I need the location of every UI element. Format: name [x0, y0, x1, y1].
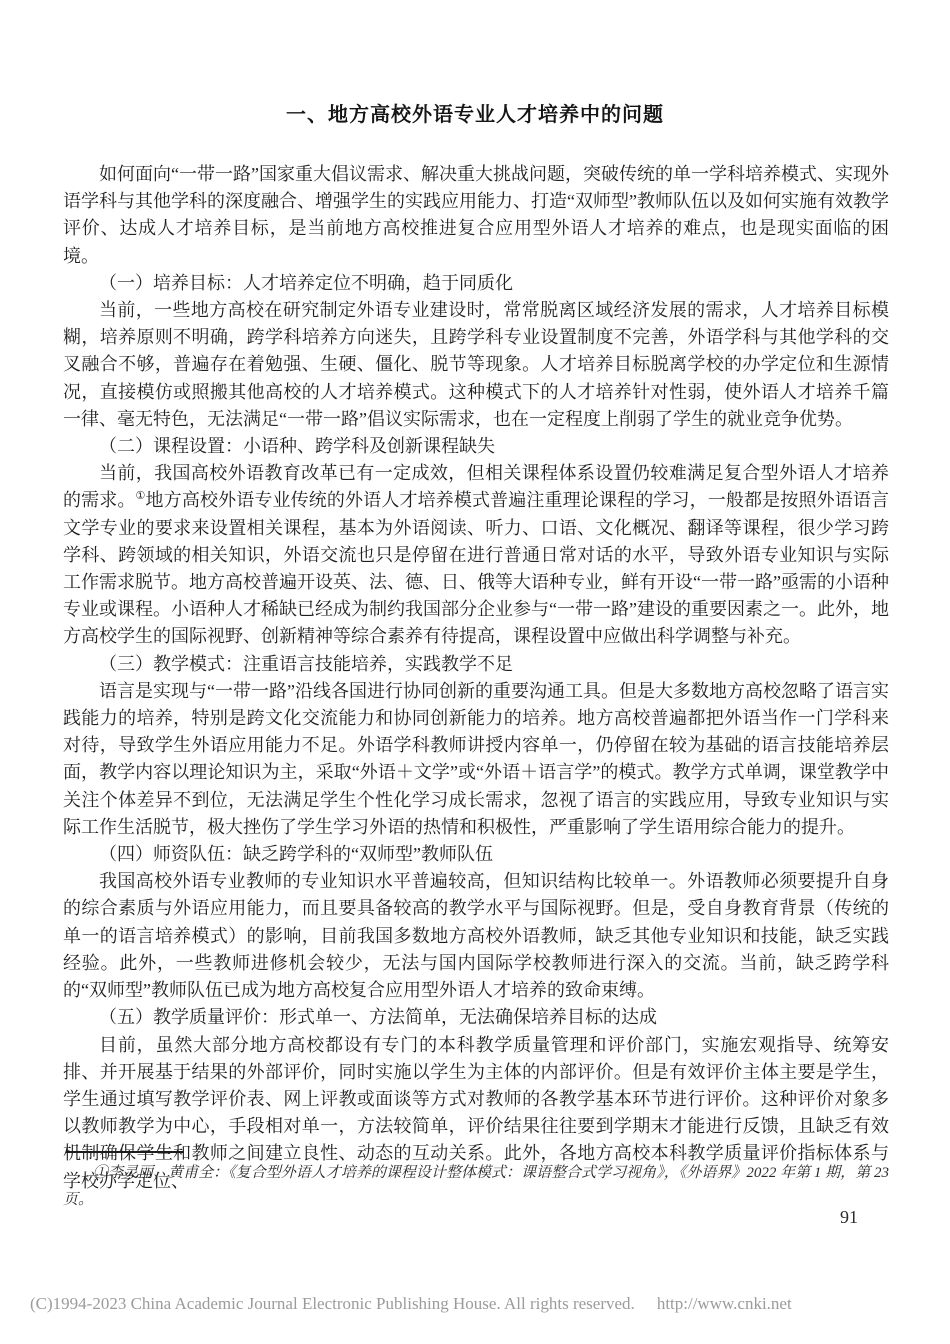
page-title: 一、地方高校外语专业人才培养中的问题 [0, 98, 950, 127]
section-heading-evaluation: （五）教学质量评价：形式单一、方法简单，无法确保培养目标的达成 [63, 1004, 889, 1031]
footer-copyright: (C)1994-2023 China Academic Journal Elec… [30, 1294, 635, 1313]
document-page: 一、地方高校外语专业人才培养中的问题 如何面向“一带一路”国家重大倡议需求、解决… [0, 0, 950, 1344]
para-curriculum: 当前，我国高校外语教育改革已有一定成效，但相关课程体系设置仍较难满足复合型外语人… [63, 460, 889, 650]
section-heading-faculty: （四）师资队伍：缺乏跨学科的“双师型”教师队伍 [63, 841, 889, 868]
para-faculty: 我国高校外语专业教师的专业知识水平普遍较高，但知识结构比较单一。外语教师必须要提… [63, 868, 889, 1004]
section-heading-curriculum: （二）课程设置：小语种、跨学科及创新课程缺失 [63, 433, 889, 460]
page-number: 91 [840, 1207, 858, 1228]
para-curriculum-text-after: 地方高校外语专业传统的外语人才培养模式普遍注重理论课程的学习，一般都是按照外语语… [63, 490, 889, 646]
page-footer: (C)1994-2023 China Academic Journal Elec… [30, 1294, 920, 1314]
section-heading-goal: （一）培养目标：人才培养定位不明确，趋于同质化 [63, 270, 889, 297]
section-heading-teaching-model: （三）教学模式：注重语言技能培养，实践教学不足 [63, 651, 889, 678]
footnote-text: ①李灵丽、黄甫全：《复合型外语人才培养的课程设计整体模式：课语整合式学习视角》，… [63, 1160, 889, 1213]
para-goal: 当前，一些地方高校在研究制定外语专业建设时，常常脱离区域经济发展的需求，人才培养… [63, 297, 889, 433]
para-intro: 如何面向“一带一路”国家重大倡议需求、解决重大挑战问题，突破传统的单一学科培养模… [63, 161, 889, 270]
footnote-divider [66, 1151, 184, 1153]
para-teaching-model: 语言是实现与“一带一路”沿线各国进行协同创新的重要沟通工具。但是大多数地方高校忽… [63, 678, 889, 841]
article-body: 如何面向“一带一路”国家重大倡议需求、解决重大挑战问题，突破传统的单一学科培养模… [63, 161, 889, 1195]
footnote-ref-marker: ① [136, 490, 146, 502]
footer-url: http://www.cnki.net [657, 1294, 792, 1313]
